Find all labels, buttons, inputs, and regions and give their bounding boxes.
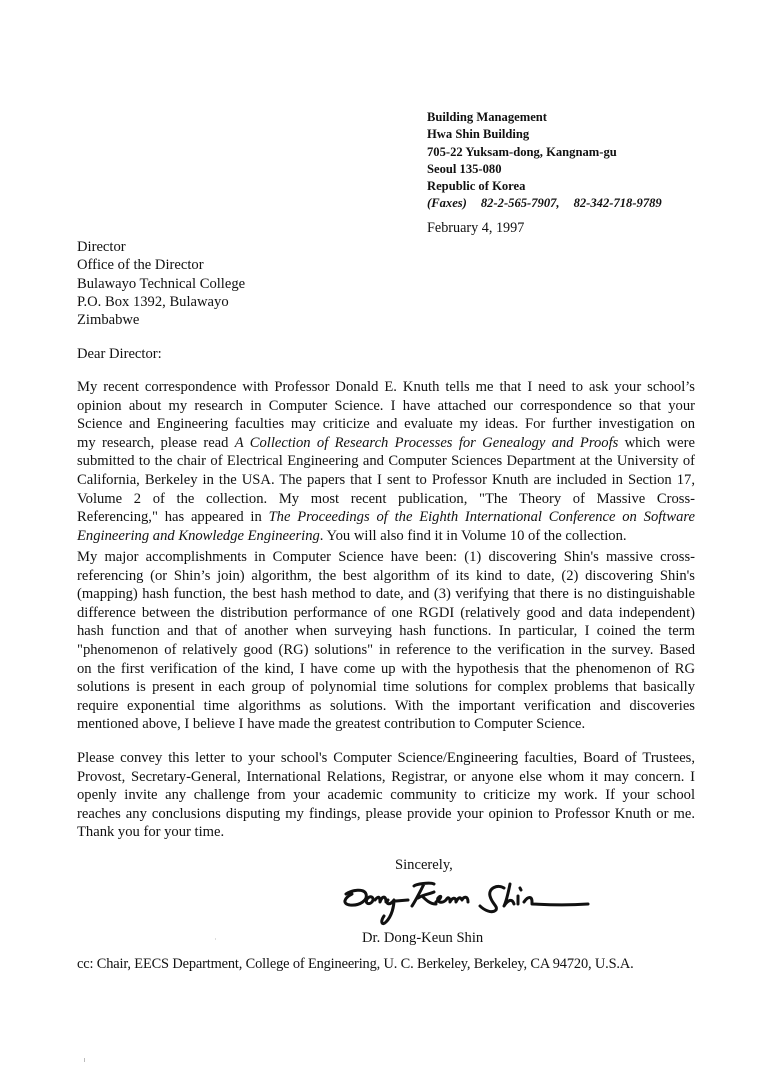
text-run: referencing (or Shin’s join) algorithm, …	[77, 568, 695, 584]
letter-date: February 4, 1997	[427, 219, 524, 237]
scan-speck	[215, 938, 216, 940]
paragraph-line: mentioned above, I believe I have made t…	[77, 715, 695, 734]
signer-name: Dr. Dong-Keun Shin	[362, 929, 483, 947]
recipient-line: Director	[77, 238, 245, 256]
text-run: reaches any conclusions disputing my fin…	[77, 806, 695, 822]
text-run: My major accomplishments in Computer Sci…	[77, 549, 695, 565]
signature-icon	[338, 872, 598, 928]
paragraph-line: (mapping) hash function, the best hash m…	[77, 585, 695, 604]
fax-line: (Faxes)82-2-565-7907,82-342-718-9789	[427, 195, 662, 212]
sender-line: Republic of Korea	[427, 178, 662, 195]
sender-line: Seoul 135-080	[427, 161, 662, 178]
paragraph-line: Referencing," has appeared in The Procee…	[77, 508, 695, 527]
scan-speck	[84, 1058, 85, 1062]
paragraph-line: Volume 2 of the collection. My most rece…	[77, 490, 695, 509]
text-run: hash function and that of another when s…	[77, 623, 695, 639]
text-run: My recent correspondence with Professor …	[77, 379, 695, 395]
paragraph-line: Engineering and Knowledge Engineering. Y…	[77, 527, 695, 546]
text-run: (mapping) hash function, the best hash m…	[77, 586, 695, 602]
text-run: Referencing," has appeared in	[77, 509, 269, 525]
paragraph-line: openly invite any challenge from your ac…	[77, 786, 695, 805]
text-run: submitted to the chair of Electrical Eng…	[77, 453, 695, 469]
text-run: difference between the distribution perf…	[77, 605, 695, 621]
sender-line: 705-22 Yuksam-dong, Kangnam-gu	[427, 144, 662, 161]
body-paragraph-1: My recent correspondence with Professor …	[77, 378, 695, 545]
fax-label: (Faxes)	[427, 196, 467, 210]
text-run: Science and Engineering faculties may cr…	[77, 416, 695, 432]
paragraph-line: solutions is present in each group of po…	[77, 678, 695, 697]
paragraph-line: referencing (or Shin’s join) algorithm, …	[77, 567, 695, 586]
text-run: Provost, Secretary-General, Internationa…	[77, 769, 695, 785]
italic-title: Engineering and Knowledge Engineering	[77, 528, 320, 544]
paragraph-line: Science and Engineering faculties may cr…	[77, 415, 695, 434]
paragraph-line: Thank you for your time.	[77, 823, 695, 842]
text-run: Please convey this letter to your school…	[77, 750, 695, 766]
paragraph-line: California, Berkeley in the USA. The pap…	[77, 471, 695, 490]
recipient-address-block: Director Office of the Director Bulawayo…	[77, 238, 245, 329]
italic-title: A Collection of Research Processes for G…	[235, 435, 619, 451]
paragraph-line: Provost, Secretary-General, Internationa…	[77, 768, 695, 787]
text-run: require exponential time algorithms as s…	[77, 698, 695, 714]
paragraph-line: reaches any conclusions disputing my fin…	[77, 805, 695, 824]
paragraph-line: "phenomenon of relatively good (RG) solu…	[77, 641, 695, 660]
text-run: my research, please read	[77, 435, 235, 451]
paragraph-line: difference between the distribution perf…	[77, 604, 695, 623]
sender-line: Hwa Shin Building	[427, 126, 662, 143]
recipient-line: Office of the Director	[77, 256, 245, 274]
text-run: mentioned above, I believe I have made t…	[77, 716, 585, 732]
paragraph-line: on the first verification of the kind, I…	[77, 660, 695, 679]
text-run: opinion about my research in Computer Sc…	[77, 398, 695, 414]
paragraph-line: hash function and that of another when s…	[77, 622, 695, 641]
paragraph-line: My recent correspondence with Professor …	[77, 378, 695, 397]
salutation: Dear Director:	[77, 345, 162, 363]
text-run: . You will also find it in Volume 10 of …	[320, 528, 627, 544]
paragraph-line: Please convey this letter to your school…	[77, 749, 695, 768]
recipient-line: P.O. Box 1392, Bulawayo	[77, 293, 245, 311]
fax-number: 82-342-718-9789	[574, 196, 662, 210]
text-run: "phenomenon of relatively good (RG) solu…	[77, 642, 695, 658]
cc-line: cc: Chair, EECS Department, College of E…	[77, 955, 634, 973]
fax-number: 82-2-565-7907,	[481, 196, 560, 210]
paragraph-line: require exponential time algorithms as s…	[77, 697, 695, 716]
paragraph-line: My major accomplishments in Computer Sci…	[77, 548, 695, 567]
text-run: openly invite any challenge from your ac…	[77, 787, 695, 803]
paragraph-line: my research, please read A Collection of…	[77, 434, 695, 453]
paragraph-line: submitted to the chair of Electrical Eng…	[77, 452, 695, 471]
text-run: Volume 2 of the collection. My most rece…	[77, 491, 695, 507]
body-paragraph-3: Please convey this letter to your school…	[77, 749, 695, 842]
paragraph-line: opinion about my research in Computer Sc…	[77, 397, 695, 416]
recipient-line: Bulawayo Technical College	[77, 275, 245, 293]
body-paragraph-2: My major accomplishments in Computer Sci…	[77, 548, 695, 734]
letter-page: Building Management Hwa Shin Building 70…	[0, 0, 760, 1089]
sender-line: Building Management	[427, 109, 662, 126]
text-run: Thank you for your time.	[77, 824, 224, 840]
recipient-line: Zimbabwe	[77, 311, 245, 329]
italic-title: The Proceedings of the Eighth Internatio…	[269, 509, 695, 525]
text-run: on the first verification of the kind, I…	[77, 661, 695, 677]
text-run: California, Berkeley in the USA. The pap…	[77, 472, 695, 488]
text-run: which were	[618, 435, 695, 451]
text-run: solutions is present in each group of po…	[77, 679, 695, 695]
sender-address-block: Building Management Hwa Shin Building 70…	[427, 109, 662, 213]
